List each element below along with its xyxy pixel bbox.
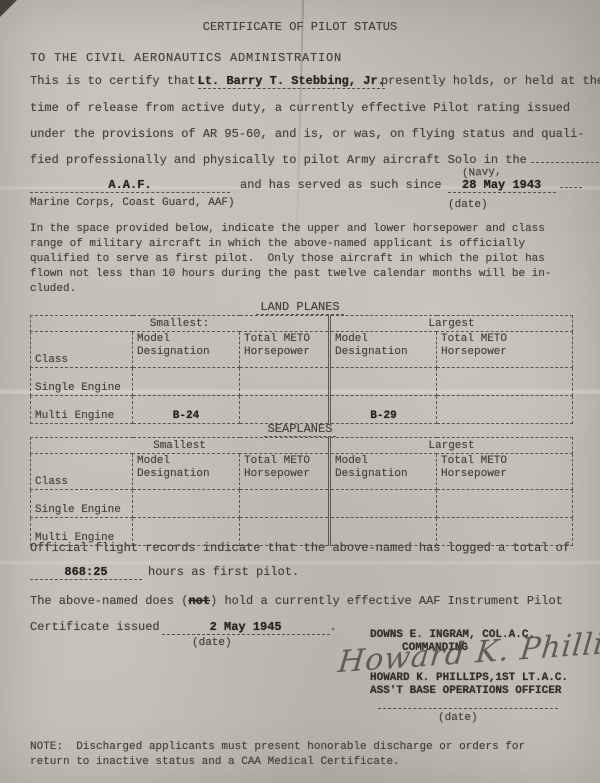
hours-suffix: hours as first pilot. xyxy=(148,565,299,579)
signature-date-caption: (date) xyxy=(438,711,478,725)
pilot-name-entry: Lt. Barry T. Stebbing, Jr. xyxy=(198,74,385,89)
sea-group-largest: Largest xyxy=(330,438,573,454)
sea-col-hp-largest: Total METO Horsepower xyxy=(437,454,573,490)
instructions-line-2: range of military aircraft in which the … xyxy=(30,237,525,251)
instructions-line-4: flown not less than 10 hours during the … xyxy=(30,267,552,281)
sea-single-label: Single Engine xyxy=(31,490,133,518)
instrument-not-struck: not xyxy=(188,594,210,608)
paper-corner-fold xyxy=(0,0,17,17)
sea-col-hp-smallest: Total METO Horsepower xyxy=(240,454,330,490)
instructions-line-1: In the space provided below, indicate th… xyxy=(30,222,545,236)
certificate-date-entry: 2 May 1945 xyxy=(162,620,330,635)
land-multi-model-smallest: B-24 xyxy=(133,396,240,424)
sea-col-class: Class xyxy=(31,454,133,490)
certificate-document: CERTIFICATE OF PILOT STATUS TO THE CIVIL… xyxy=(0,0,600,783)
branch-entry: A.A.F. xyxy=(30,178,230,193)
land-group-smallest: Smallest: xyxy=(31,316,330,332)
seaplanes-table: Smallest Largest Class Model Designation… xyxy=(30,437,573,546)
sea-group-header-row: Smallest Largest xyxy=(31,438,573,454)
land-multi-hp-largest xyxy=(437,396,573,424)
document-title: CERTIFICATE OF PILOT STATUS xyxy=(0,20,600,34)
land-multi-label: Multi Engine xyxy=(31,396,133,424)
served-text: and has served as such since xyxy=(240,178,442,192)
addressee-line: TO THE CIVIL AERONAUTICS ADMINISTRATION xyxy=(30,51,342,65)
certificate-period: . xyxy=(330,620,337,634)
served-date-caption: (date) xyxy=(448,198,488,212)
instructions-line-3: qualified to serve as first pilot. Only … xyxy=(30,252,545,266)
certificate-date-caption: (date) xyxy=(192,636,232,650)
flight-records-line: Official flight records indicate that th… xyxy=(30,541,570,555)
land-col-hp-smallest: Total METO Horsepower xyxy=(240,332,330,368)
hours-entry: 868:25 xyxy=(30,565,142,580)
certify-line-3: under the provisions of AR 95-60, and is… xyxy=(30,127,585,141)
instructions-line-5: cluded. xyxy=(30,282,76,296)
served-date-entry: 28 May 1943 xyxy=(448,178,556,193)
land-single-hp-largest xyxy=(437,368,573,396)
sea-row-single-engine: Single Engine xyxy=(31,490,573,518)
sea-col-model-smallest: Model Designation xyxy=(133,454,240,490)
sea-column-header-row: Class Model Designation Total METO Horse… xyxy=(31,454,573,490)
signature-date-blank xyxy=(378,708,558,709)
land-row-multi-engine: Multi Engine B-24 B-29 xyxy=(31,396,573,424)
certify-line-2: time of release from active duty, a curr… xyxy=(30,101,570,115)
land-group-largest: Largest xyxy=(330,316,573,332)
date-blank-tail xyxy=(560,187,582,188)
land-single-label: Single Engine xyxy=(31,368,133,396)
certify-line-1-pre: This is to certify that xyxy=(30,74,196,88)
certify-line-4: fied professionally and physically to pi… xyxy=(30,153,600,167)
land-single-model-smallest xyxy=(133,368,240,396)
branch-row: A.A.F.and has served as such since28 May… xyxy=(30,178,582,193)
land-single-model-largest xyxy=(330,368,437,396)
sea-group-smallest: Smallest xyxy=(31,438,330,454)
paper-crease-vertical xyxy=(296,0,304,238)
land-col-hp-largest: Total METO Horsepower xyxy=(437,332,573,368)
sea-single-model-largest xyxy=(330,490,437,518)
land-multi-model-largest: B-29 xyxy=(330,396,437,424)
certificate-issued-label: Certificate issued xyxy=(30,620,160,634)
sea-single-model-smallest xyxy=(133,490,240,518)
land-multi-hp-smallest xyxy=(240,396,330,424)
land-column-header-row: Class Model Designation Total METO Horse… xyxy=(31,332,573,368)
hours-row: 868:25hours as first pilot. xyxy=(30,565,299,580)
land-planes-table: Smallest: Largest Class Model Designatio… xyxy=(30,315,573,424)
branch-caption: Marine Corps, Coast Guard, AAF) xyxy=(30,196,235,210)
land-planes-title: LAND PLANES xyxy=(0,300,600,314)
land-row-single-engine: Single Engine xyxy=(31,368,573,396)
land-group-header-row: Smallest: Largest xyxy=(31,316,573,332)
seaplanes-title: SEAPLANES xyxy=(0,422,600,436)
sea-col-model-largest: Model Designation xyxy=(330,454,437,490)
certificate-issued-row: Certificate issued2 May 1945. xyxy=(30,620,337,635)
certify-line-1: This is to certify thatLt. Barry T. Steb… xyxy=(30,74,600,89)
certify-line-1-post: presently holds, or held at the xyxy=(381,74,600,88)
instrument-line: The above-named does (not) hold a curren… xyxy=(30,594,563,608)
land-col-model-largest: Model Designation xyxy=(330,332,437,368)
sea-single-hp-smallest xyxy=(240,490,330,518)
note-line-2: return to inactive status and a CAA Medi… xyxy=(30,755,400,769)
branch-blank-tail xyxy=(531,162,600,163)
land-col-model-smallest: Model Designation xyxy=(133,332,240,368)
officer-title: ASS'T BASE OPERATIONS OFFICER xyxy=(370,685,561,698)
land-single-hp-smallest xyxy=(240,368,330,396)
land-col-class: Class xyxy=(31,332,133,368)
sea-single-hp-largest xyxy=(437,490,573,518)
note-line-1: NOTE: Discharged applicants must present… xyxy=(30,740,525,754)
